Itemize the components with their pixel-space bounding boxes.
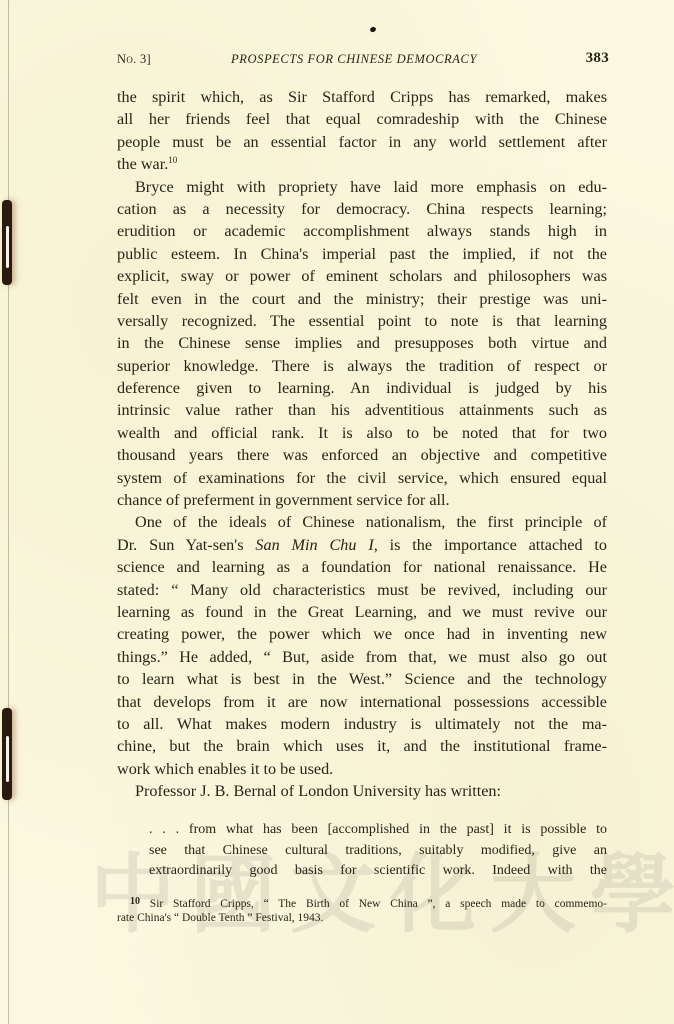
text-line: the spirit which, as Sir Stafford Cripps… — [117, 86, 607, 108]
text-fragment: work which enables it to be used. — [117, 760, 333, 778]
footnote-text-2: rate China's “ Double Tenth ” Festival, … — [117, 910, 607, 927]
text-fragment: superior knowledge. There is always the … — [117, 357, 607, 375]
text-line: creating power, the power which we once … — [117, 623, 607, 645]
book-title: San Min Chu I, — [255, 536, 377, 554]
footnote-text-1: Sir Stafford Cripps, “ The Birth of New … — [150, 898, 607, 910]
quote-line: extraordinarily good basis for scientifi… — [149, 861, 607, 882]
text-fragment: people must be an essential factor in an… — [117, 133, 607, 151]
body-text: the spirit which, as Sir Stafford Cripps… — [117, 86, 607, 803]
text-line: cation as a necessity for democracy. Chi… — [117, 198, 607, 220]
ink-speck — [369, 26, 377, 33]
text-line: public esteem. In China's imperial past … — [117, 243, 607, 265]
running-title: PROSPECTS FOR CHINESE DEMOCRACY — [231, 52, 477, 67]
text-fragment: One of the ideals of Chinese nationalism… — [135, 513, 607, 531]
text-fragment: the war. — [117, 155, 168, 173]
footnote-line: 10 Sir Stafford Cripps, “ The Birth of N… — [117, 893, 607, 910]
text-fragment: things.” He added, “ But, aside from tha… — [117, 648, 607, 666]
text-fragment: public esteem. In China's imperial past … — [117, 245, 607, 263]
text-fragment: versally recognized. The essential point… — [117, 312, 607, 330]
footnote-reference[interactable]: 10 — [168, 155, 177, 165]
scanned-page: 中國文化大學 No. 3] PROSPECTS FOR CHINESE DEMO… — [0, 0, 674, 1024]
text-fragment: Dr. Sun Yat-sen's — [117, 536, 255, 554]
block-quote: . . . from what has been [accomplished i… — [149, 820, 607, 882]
text-fragment: erudition or academic accomplishment alw… — [117, 222, 607, 240]
text-line: things.” He added, “ But, aside from tha… — [117, 646, 607, 668]
binding-stain-lower — [2, 708, 12, 800]
binding-stain-upper — [2, 200, 12, 285]
footnote: 10 Sir Stafford Cripps, “ The Birth of N… — [117, 893, 607, 927]
text-line: versally recognized. The essential point… — [117, 310, 607, 332]
text-line: chance of preferment in government servi… — [117, 489, 607, 511]
text-fragment: intrinsic value rather than his adventit… — [117, 401, 607, 419]
text-fragment: in the Chinese sense implies and presupp… — [117, 334, 607, 352]
text-line: intrinsic value rather than his adventit… — [117, 399, 607, 421]
text-fragment: wealth and official rank. It is also to … — [117, 424, 607, 442]
text-fragment: felt even in the court and the ministry;… — [117, 290, 607, 308]
text-line: to all. What makes modern industry is ul… — [117, 713, 607, 735]
text-line: in the Chinese sense implies and presupp… — [117, 332, 607, 354]
footnote-number: 10 — [130, 896, 140, 907]
quote-line: . . . from what has been [accomplished i… — [149, 820, 607, 841]
text-line: wealth and official rank. It is also to … — [117, 422, 607, 444]
text-fragment: chine, but the brain which uses it, and … — [117, 737, 607, 755]
text-fragment: stated: “ Many old characteristics must … — [117, 581, 607, 599]
text-line: to learn what is best in the West.” Scie… — [117, 668, 607, 690]
text-fragment: deference given to learning. An individu… — [117, 379, 607, 397]
text-fragment: system of examinations for the civil ser… — [117, 469, 607, 487]
text-line: Dr. Sun Yat-sen's San Min Chu I, is the … — [117, 534, 607, 556]
running-head: No. 3] PROSPECTS FOR CHINESE DEMOCRACY 3… — [117, 51, 609, 71]
text-line: stated: “ Many old characteristics must … — [117, 579, 607, 601]
text-fragment: thousand years there was enforced an obj… — [117, 446, 607, 464]
text-fragment: to learn what is best in the West.” Scie… — [117, 670, 607, 688]
page-number: 383 — [586, 50, 609, 67]
text-line: thousand years there was enforced an obj… — [117, 444, 607, 466]
text-line: superior knowledge. There is always the … — [117, 355, 607, 377]
text-line: work which enables it to be used. — [117, 758, 607, 780]
text-fragment: that develops from it are now internatio… — [117, 693, 607, 711]
text-line: One of the ideals of Chinese nationalism… — [117, 511, 607, 533]
text-line: science and learning as a foundation for… — [117, 556, 607, 578]
text-line: felt even in the court and the ministry;… — [117, 288, 607, 310]
quote-line: see that Chinese cultural traditions, su… — [149, 841, 607, 862]
text-line: system of examinations for the civil ser… — [117, 467, 607, 489]
text-fragment: Professor J. B. Bernal of London Univers… — [135, 782, 501, 800]
text-fragment: to all. What makes modern industry is ul… — [117, 715, 607, 733]
issue-number: No. 3] — [117, 52, 151, 67]
text-line: deference given to learning. An individu… — [117, 377, 607, 399]
text-line: explicit, sway or power of eminent schol… — [117, 265, 607, 287]
text-line: Bryce might with propriety have laid mor… — [117, 176, 607, 198]
text-line: Professor J. B. Bernal of London Univers… — [117, 780, 607, 802]
text-line: people must be an essential factor in an… — [117, 131, 607, 153]
text-fragment: the spirit which, as Sir Stafford Cripps… — [117, 88, 607, 106]
text-line: chine, but the brain which uses it, and … — [117, 735, 607, 757]
text-line: that develops from it are now internatio… — [117, 691, 607, 713]
text-line: erudition or academic accomplishment alw… — [117, 220, 607, 242]
text-fragment: chance of preferment in government servi… — [117, 491, 450, 509]
text-fragment: Bryce might with propriety have laid mor… — [135, 178, 607, 196]
text-line: the war.10 — [117, 153, 607, 175]
text-fragment: creating power, the power which we once … — [117, 625, 607, 643]
text-line: learning as found in the Great Learning,… — [117, 601, 607, 623]
text-fragment: cation as a necessity for democracy. Chi… — [117, 200, 607, 218]
text-fragment: learning as found in the Great Learning,… — [117, 603, 607, 621]
text-fragment: explicit, sway or power of eminent schol… — [117, 267, 607, 285]
text-line: all her friends feel that equal comrades… — [117, 108, 607, 130]
text-fragment: science and learning as a foundation for… — [117, 558, 607, 576]
text-fragment: all her friends feel that equal comrades… — [117, 110, 607, 128]
binding-line — [8, 0, 9, 1024]
text-fragment: is the importance attached to — [378, 536, 607, 554]
